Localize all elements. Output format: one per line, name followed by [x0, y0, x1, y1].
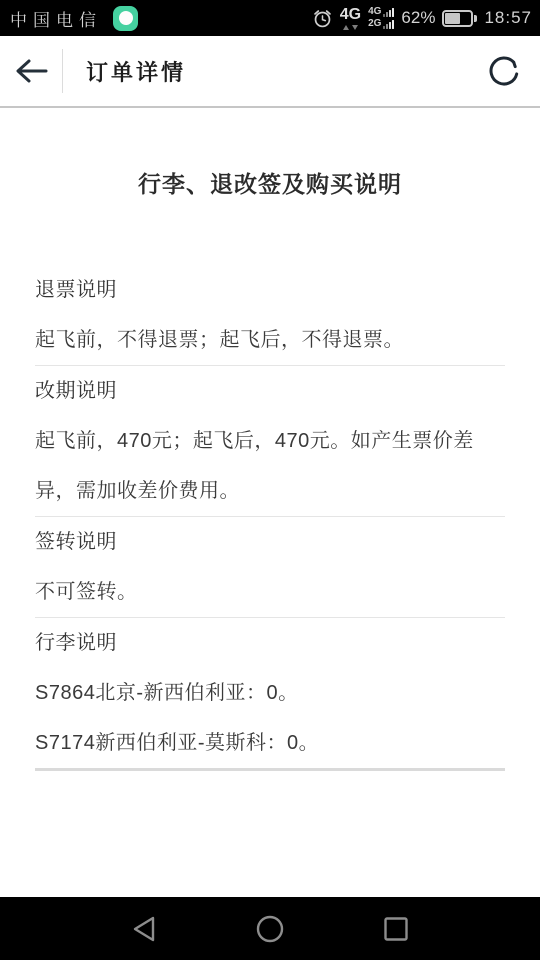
sim2-signal: 2G [368, 19, 394, 29]
status-bar-right: 4G 4G 2G [312, 7, 532, 30]
sim2-label: 2G [368, 19, 381, 29]
notification-app-icon [113, 6, 138, 31]
battery-icon [442, 10, 473, 27]
refresh-button[interactable] [468, 36, 540, 106]
section-heading: 改期说明 [35, 366, 505, 416]
refresh-icon [486, 53, 522, 89]
section-line: S7174新西伯利亚-莫斯科：0。 [35, 718, 505, 768]
section-line: 起飞前，470元；起飞后，470元。如产生票价差异，需加收差价费用。 [35, 416, 505, 516]
section-heading: 行李说明 [35, 618, 505, 668]
nav-home-circle-icon [256, 915, 284, 943]
clock-label: 18:57 [484, 8, 532, 28]
network-type-indicator: 4G [340, 7, 361, 30]
phone-screen: 中国电信 4G 4G [0, 0, 540, 960]
app-icon-dot [119, 11, 133, 25]
section-line: S7864北京-新西伯利亚：0。 [35, 668, 505, 718]
info-sections: 退票说明起飞前，不得退票；起飞后，不得退票。改期说明起飞前，470元；起飞后，4… [0, 265, 540, 771]
section-line: 起飞前，不得退票；起飞后，不得退票。 [35, 315, 505, 365]
network-type-label: 4G [340, 7, 361, 23]
section-3: 签转说明不可签转。 [35, 517, 505, 618]
section-2: 改期说明起飞前，470元；起飞后，470元。如产生票价差异，需加收差价费用。 [35, 366, 505, 517]
sim1-signal: 4G [368, 7, 394, 17]
sim2-signal-bars-icon [383, 20, 394, 29]
section-heading: 签转说明 [35, 517, 505, 567]
header-divider [62, 49, 63, 93]
nav-home-button[interactable] [255, 914, 285, 944]
order-detail-content: 行李、退改签及购买说明 退票说明起飞前，不得退票；起飞后，不得退票。改期说明起飞… [0, 110, 540, 897]
section-heading: 退票说明 [35, 265, 505, 315]
battery-percent-label: 62% [401, 8, 435, 28]
content-title: 行李、退改签及购买说明 [0, 159, 540, 209]
back-button[interactable] [0, 36, 62, 106]
sim1-label: 4G [368, 7, 381, 17]
sim1-signal-bars-icon [383, 8, 394, 17]
section-4: 行李说明S7864北京-新西伯利亚：0。S7174新西伯利亚-莫斯科：0。 [35, 618, 505, 771]
nav-recents-button[interactable] [381, 914, 411, 944]
upload-arrow-icon [343, 25, 349, 30]
battery-fill [445, 13, 460, 24]
status-bar: 中国电信 4G 4G [0, 0, 540, 36]
download-arrow-icon [352, 25, 358, 30]
page-header-title: 订单详情 [86, 56, 186, 87]
app-header: 订单详情 [0, 36, 540, 108]
android-nav-bar [0, 897, 540, 960]
data-activity-arrows-icon [343, 25, 358, 30]
carrier-label: 中国电信 [10, 6, 102, 31]
alarm-clock-icon [312, 8, 333, 29]
section-divider [35, 768, 505, 771]
dual-sim-signal: 4G 2G [368, 7, 394, 29]
nav-back-triangle-icon [131, 915, 157, 943]
nav-recents-square-icon [383, 916, 409, 942]
nav-back-button[interactable] [129, 914, 159, 944]
back-arrow-icon [13, 57, 49, 85]
status-bar-left: 中国电信 [10, 6, 138, 31]
battery-nub [474, 15, 477, 22]
section-line: 不可签转。 [35, 567, 505, 617]
section-1: 退票说明起飞前，不得退票；起飞后，不得退票。 [35, 265, 505, 366]
